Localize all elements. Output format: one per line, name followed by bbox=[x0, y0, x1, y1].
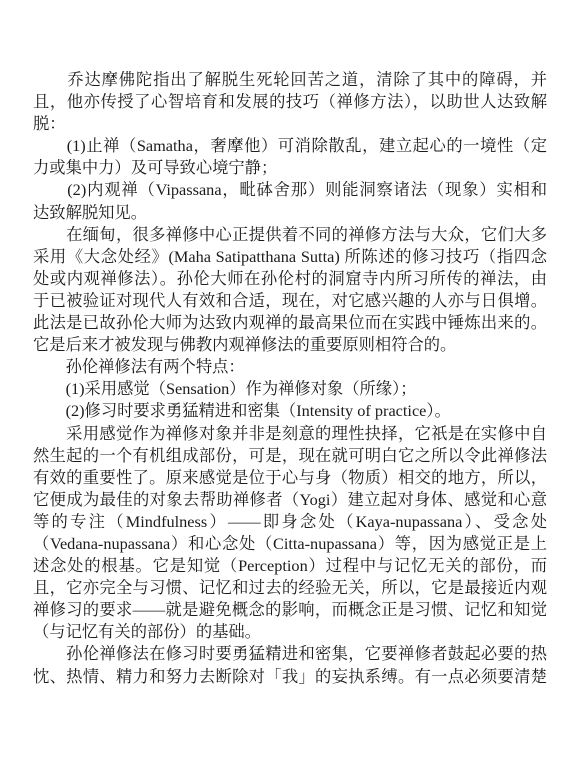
text-line: (1)止禅（Samatha，奢摩他）可消除散乱，建立起心的一境性（定 bbox=[33, 135, 547, 157]
text-line: 等的专注（Mindfulness）——即身念处（Kaya-nupassana）、… bbox=[33, 511, 547, 533]
text-line: 它便成为最佳的对象去帮助禅修者（Yogi）建立起对身体、感觉和心意 bbox=[33, 489, 547, 511]
text-line: 然生起的一个有机组成部份，可是，现在就可明白它之所以令此禅修法 bbox=[33, 445, 547, 467]
text-line: 且，他亦传授了心智培育和发展的技巧（禅修方法），以助世人达致解 bbox=[33, 91, 547, 113]
text-line: 孙伦禅修法在修习时要勇猛精进和密集，它要禅修者鼓起必要的热 bbox=[33, 643, 547, 665]
text-line: 忱、热情、精力和努力去断除对「我」的妄执系缚。有一点必须要清楚 bbox=[33, 666, 547, 688]
text-line: 且，它亦完全与习惯、记忆和过去的经验无关，所以，它是最接近内观 bbox=[33, 577, 547, 599]
text-line: 在缅甸，很多禅修中心正提供着不同的禅修方法与大众，它们大多 bbox=[33, 224, 547, 246]
text-line: (1)采用感觉（Sensation）作为禅修对象（所缘）； bbox=[33, 378, 547, 400]
text-line: 脱： bbox=[33, 113, 547, 135]
text-line: 力或集中力）及可导致心境宁静； bbox=[33, 157, 547, 179]
text-line: 述念处的根基。它是知觉（Perception）过程中与记忆无关的部份，而 bbox=[33, 555, 547, 577]
text-line: 此法是已故孙伦大师为达致内观禅的最高果位而在实践中锤炼出来的。 bbox=[33, 312, 547, 334]
text-line: 有效的重要性了。原来感觉是位于心与身（物质）相交的地方，所以， bbox=[33, 467, 547, 489]
text-line: 采用《大念处经》(Maha Satipatthana Sutta) 所陈述的修习… bbox=[33, 246, 547, 268]
text-line: （Vedana-nupassana）和心念处（Citta-nupassana）等… bbox=[33, 533, 547, 555]
text-line: 乔达摩佛陀指出了解脱生死轮回苦之道，清除了其中的障碍，并 bbox=[33, 69, 547, 91]
text-line: 孙伦禅修法有两个特点： bbox=[33, 356, 547, 378]
body-text: 乔达摩佛陀指出了解脱生死轮回苦之道，清除了其中的障碍，并 且，他亦传授了心智培育… bbox=[33, 69, 547, 688]
text-line: 达致解脱知见。 bbox=[33, 202, 547, 224]
text-line: （与记忆有关的部份）的基础。 bbox=[33, 621, 547, 643]
text-line: 于已被验证对现代人有效和合适，现在，对它感兴趣的人亦与日俱增。 bbox=[33, 290, 547, 312]
text-line: (2)修习时要求勇猛精进和密集（Intensity of practice）。 bbox=[33, 400, 547, 422]
text-line: 它是后来才被发现与佛教内观禅修法的重要原则相符合的。 bbox=[33, 334, 547, 356]
text-line: 禅修习的要求——就是避免概念的影响，而概念正是习惯、记忆和知觉 bbox=[33, 599, 547, 621]
text-line: (2)内观禅（Vipassana，毗砵舍那）则能洞察诸法（现象）实相和 bbox=[33, 179, 547, 201]
text-line: 处或内观禅修法）。孙伦大师在孙伦村的洞窟寺内所习所传的禅法，由 bbox=[33, 268, 547, 290]
document-page: 乔达摩佛陀指出了解脱生死轮回苦之道，清除了其中的障碍，并 且，他亦传授了心智培育… bbox=[0, 0, 579, 762]
text-line: 采用感觉作为禅修对象并非是刻意的理性抉择，它祇是在实修中自 bbox=[33, 423, 547, 445]
